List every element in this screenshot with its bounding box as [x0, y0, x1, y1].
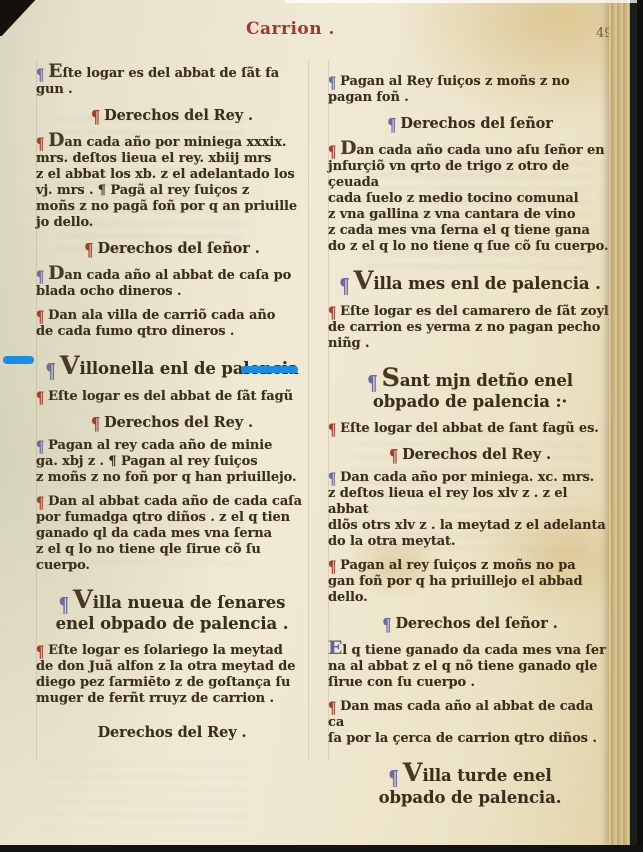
manuscript-paragraph: El q tiene ganado da cada mes vna ſerna … — [328, 639, 612, 691]
pilcrow-icon: ¶ — [36, 643, 44, 663]
line-text: obpado de palencia :· — [373, 392, 567, 411]
manuscript-paragraph: ¶Dan cada año por miniega. xc. mrs.z deſ… — [328, 470, 612, 550]
manuscript-line: ¶Dan mas cada año al abbat de cada ca — [328, 699, 612, 731]
manuscript-line: niñg . — [328, 336, 612, 352]
initial-letter: D — [48, 262, 64, 284]
manuscript-line: ¶Derechos del Rey . — [36, 108, 308, 124]
pilcrow-icon: ¶ — [84, 241, 93, 261]
manuscript-line: ¶Eſte logar es del camarero de ſãt zoyl — [328, 304, 612, 320]
manuscript-line: ſa por la çerca de carrion qtro diños . — [328, 731, 612, 747]
manuscript-line: blada ocho dineros . — [36, 284, 308, 300]
line-text: Derechos del Rey . — [104, 414, 253, 431]
scan-corner — [0, 0, 44, 36]
initial-letter: V — [403, 758, 423, 788]
manuscript-line: ¶Derechos del ſeñor — [328, 116, 612, 132]
manuscript-line: ¶Derechos del ſeñor . — [36, 241, 308, 257]
pilcrow-icon: ¶ — [36, 308, 44, 328]
pilcrow-icon: ¶ — [36, 135, 44, 155]
line-text: Eſte logar es ſolariego la meytad — [48, 643, 283, 658]
line-text: obpado de palencia. — [379, 788, 562, 807]
pilcrow-icon: ¶ — [328, 558, 336, 578]
initial-letter: S — [381, 363, 399, 393]
manuscript-line: do z el q lo no tiene q ſue cõ ſu cuerpo… — [328, 239, 612, 255]
manuscript-line: ¶Villa mes enl de palencia . — [328, 269, 612, 295]
pilcrow-icon: ¶ — [328, 74, 336, 94]
line-text: muger de ferñt rruyz de carrion . — [36, 691, 274, 706]
showthrough-text — [40, 761, 250, 832]
manuscript-line: Derechos del Rey . — [36, 725, 308, 741]
manuscript-paragraph: ¶Eſte logar es del camarero de ſãt zoyld… — [328, 304, 612, 352]
section-heading: ¶Derechos del ſeñor — [328, 116, 612, 132]
manuscript-line: de cada fumo qtro dineros . — [36, 324, 308, 340]
line-text: Pagan al rey cada año de minie — [48, 438, 272, 453]
line-text: illa nueua de ſenares — [93, 593, 286, 612]
manuscript-paragraph: ¶Eſte logar del abbat de ſant fagũ es. — [328, 421, 612, 437]
place-heading: ¶Villa mes enl de palencia . — [328, 269, 612, 295]
manuscript-line: gun . — [36, 82, 308, 98]
line-text: Derechos del Rey . — [104, 107, 253, 124]
line-text: illa mes enl de palencia . — [373, 274, 600, 293]
line-text: de don Juã alfon z la otra meytad de — [36, 659, 295, 674]
pilcrow-icon: ¶ — [328, 470, 336, 490]
line-text: jnfurçiõ vn qrto de trigo z otro de çeua… — [328, 159, 569, 190]
manuscript-line: ¶Derechos del Rey . — [36, 415, 308, 431]
line-text: ant mjn detño enel — [400, 371, 573, 390]
line-text: ſa por la çerca de carrion qtro diños . — [328, 731, 597, 746]
pilcrow-icon: ¶ — [388, 765, 398, 791]
manuscript-line: ſirue con ſu cuerpo . — [328, 675, 612, 691]
line-text: Pagan al Rey ſuiços z moñs z no — [340, 74, 569, 89]
line-text: niñg . — [328, 336, 369, 351]
line-text: z vna gallina z vna cantara de vino — [328, 207, 575, 222]
manuscript-paragraph: ¶Dan ala villa de carriõ cada añode cada… — [36, 308, 308, 340]
manuscript-line: diego pez ſarmiēto z de goſtança ſu — [36, 675, 308, 691]
line-text: dlõs otrs xlv z . la meytad z el adelant… — [328, 518, 606, 533]
initial-letter: D — [48, 129, 64, 151]
line-text: do z el q lo no tiene q ſue cõ ſu cuerpo… — [328, 239, 608, 254]
manuscript-line: vj. mrs . ¶ Pagã al rey ſuiços z — [36, 183, 308, 199]
line-text: Eſte logar es del camarero de ſãt zoyl — [340, 304, 609, 319]
initial-letter: E — [48, 60, 62, 82]
manuscript-line: cada ſuelo z medio tocino comunal — [328, 191, 612, 207]
manuscript-paragraph: ¶Pagan al rey cada año de miniega. xbj z… — [36, 438, 308, 486]
line-text: na al abbat z el q nõ tiene ganado qle — [328, 659, 597, 674]
section-heading: ¶Derechos del Rey . — [328, 447, 612, 463]
manuscript-line: do la otra meytat. — [328, 534, 612, 550]
scan-bottom-edge — [0, 845, 643, 852]
manuscript-paragraph: ¶Pagan al Rey ſuiços z moñs z nopagan fo… — [328, 74, 612, 106]
line-text: Derechos del Rey . — [98, 724, 247, 741]
manuscript-paragraph: ¶Dan al abbat cada año de cada caſapor f… — [36, 494, 308, 574]
line-text: enel obpado de palencia . — [56, 614, 289, 633]
page-edge-shadow — [630, 0, 637, 845]
manuscript-line: ¶Dan cada año al abbat de caſa po — [36, 264, 308, 284]
line-text: diego pez ſarmiēto z de goſtança ſu — [36, 675, 290, 690]
manuscript-line: ¶Dan ala villa de carriõ cada año — [36, 308, 308, 324]
manuscript-paragraph: ¶Eſte logar es del abbat de ſãt fagũ — [36, 389, 308, 405]
line-text: Dan cada año por miniega. xc. mrs. — [340, 470, 594, 485]
manuscript-line: z cada mes vna ſerna el q tiene gana — [328, 223, 612, 239]
manuscript-line: gan foñ por q ha priuillejo el abbad del… — [328, 574, 612, 606]
manuscript-line: ¶Dan al abbat cada año de cada caſa — [36, 494, 308, 510]
manuscript-scan: { "page": { "header_title": "Carrion .",… — [0, 0, 643, 852]
section-heading: ¶Derechos del ſeñor . — [328, 616, 612, 632]
manuscript-paragraph: ¶Dan cada año al abbat de caſa poblada o… — [36, 264, 308, 300]
line-text: l q tiene ganado da cada mes vna ſer — [342, 643, 606, 658]
line-text: Derechos del Rey . — [402, 446, 551, 463]
initial-letter: V — [354, 266, 374, 296]
pilcrow-icon: ¶ — [328, 143, 336, 163]
pilcrow-icon: ¶ — [59, 592, 69, 618]
manuscript-line: jo dello. — [36, 215, 308, 231]
line-text: do la otra meytat. — [328, 534, 455, 549]
line-text: z el abbat los xb. z el adelantado los — [36, 167, 295, 182]
parchment-page: Carrion . 49 ¶Eſte logar es del abbat de… — [0, 0, 637, 845]
manuscript-line: de don Juã alfon z la otra meytad de — [36, 659, 308, 675]
place-heading: ¶Villa turde enelobpado de palencia. — [328, 761, 612, 808]
manuscript-line: muger de ferñt rruyz de carrion . — [36, 691, 308, 707]
pilcrow-icon: ¶ — [45, 358, 55, 384]
line-text: an cada año al abbat de caſa po — [64, 268, 291, 283]
line-text: jo dello. — [36, 215, 93, 230]
manuscript-paragraph: ¶Eſte logar es del abbat de ſãt fagun . — [36, 62, 308, 98]
line-text: por fumadga qtro diños . z el q tien — [36, 510, 290, 525]
place-heading: ¶Sant mjn detño enelobpado de palencia :… — [328, 366, 612, 413]
page-title: Carrion . — [246, 19, 335, 39]
manuscript-line: ¶Pagan al rey ſuiços z moñs no pa — [328, 558, 612, 574]
line-text: Eſte logar del abbat de ſant fagũ es. — [340, 421, 599, 436]
pilcrow-icon: ¶ — [36, 268, 44, 288]
manuscript-line: z vna gallina z vna cantara de vino — [328, 207, 612, 223]
pilcrow-icon: ¶ — [389, 447, 398, 467]
manuscript-line: ¶Pagan al Rey ſuiços z moñs z no — [328, 74, 612, 90]
line-text: z el q lo no tiene qle ſirue cõ ſu cuerp… — [36, 542, 261, 573]
manuscript-line: de carrion es yerma z no pagan pecho — [328, 320, 612, 336]
line-text: moñs z no pagã foñ por q an priuille — [36, 199, 297, 214]
line-text: Eſte logar es del abbat de ſãt fagũ — [48, 389, 293, 404]
manuscript-line: ¶Eſte logar es del abbat de ſãt fa — [36, 62, 308, 82]
manuscript-line: por fumadga qtro diños . z el q tien — [36, 510, 308, 526]
line-text: Derechos del ſeñor . — [97, 240, 259, 257]
line-text: mrs. deſtos lieua el rey. xbiij mrs — [36, 151, 271, 166]
pilcrow-icon: ¶ — [36, 438, 44, 458]
line-text: pagan foñ . — [328, 90, 409, 105]
line-text: de carrion es yerma z no pagan pecho — [328, 320, 600, 335]
line-text: ganado ql da cada mes vna ſerna — [36, 526, 272, 541]
section-heading: ¶Derechos del Rey . — [36, 108, 308, 124]
line-text: Dan mas cada año al abbat de cada ca — [328, 699, 593, 730]
line-text: ſirue con ſu cuerpo . — [328, 675, 475, 690]
line-text: cada ſuelo z medio tocino comunal — [328, 191, 578, 206]
pilcrow-icon: ¶ — [387, 116, 396, 136]
line-text: gan foñ por q ha priuillejo el abbad del… — [328, 574, 582, 605]
manuscript-line: z el q lo no tiene qle ſirue cõ ſu cuerp… — [36, 542, 308, 574]
pilcrow-icon: ¶ — [339, 273, 349, 299]
manuscript-line: dlõs otrs xlv z . la meytad z el adelant… — [328, 518, 612, 534]
manuscript-line: ¶Villa turde enel — [328, 761, 612, 787]
manuscript-line: ¶Dan cada año por miniega xxxix. — [36, 131, 308, 151]
section-heading: ¶Derechos del Rey . — [36, 415, 308, 431]
pilcrow-icon: ¶ — [36, 389, 44, 409]
line-text: Derechos del ſeñor . — [395, 615, 557, 632]
page-stack-edge — [609, 0, 631, 845]
scan-top-edge — [285, 0, 637, 3]
line-text: Pagan al rey ſuiços z moñs no pa — [340, 558, 575, 573]
initial-letter: V — [60, 351, 80, 381]
manuscript-line: z moñs z no foñ por q han priuillejo. — [36, 470, 308, 486]
line-text: illa turde enel — [423, 766, 552, 785]
pilcrow-icon: ¶ — [382, 616, 391, 636]
manuscript-line: moñs z no pagã foñ por q an priuille — [36, 199, 308, 215]
pilcrow-icon: ¶ — [36, 494, 44, 514]
manuscript-line: obpado de palencia. — [328, 787, 612, 808]
pilcrow-icon: ¶ — [328, 304, 336, 324]
section-heading: ¶Derechos del ſeñor . — [36, 241, 308, 257]
ruling-line — [308, 60, 309, 760]
line-text: z cada mes vna ſerna el q tiene gana — [328, 223, 590, 238]
line-text: de cada fumo qtro dineros . — [36, 324, 234, 339]
pilcrow-icon: ¶ — [91, 415, 100, 435]
highlight-marker-left — [3, 356, 34, 364]
manuscript-line: na al abbat z el q nõ tiene ganado qle — [328, 659, 612, 675]
manuscript-line: ¶Eſte logar del abbat de ſant fagũ es. — [328, 421, 612, 437]
manuscript-line: ¶Pagan al rey cada año de minie — [36, 438, 308, 454]
manuscript-paragraph: ¶Dan cada año por miniega xxxix.mrs. deſ… — [36, 131, 308, 231]
manuscript-line: pagan foñ . — [328, 90, 612, 106]
section-heading: Derechos del Rey . — [36, 725, 308, 741]
text-column-left: ¶Eſte logar es del abbat de ſãt fagun .¶… — [36, 62, 308, 749]
line-text: blada ocho dineros . — [36, 284, 181, 299]
line-text: vj. mrs . ¶ Pagã al rey ſuiços z — [36, 183, 249, 198]
line-text: an cada año cada uno aſu ſeñor en — [356, 143, 604, 158]
manuscript-paragraph: ¶Dan mas cada año al abbat de cada caſa … — [328, 699, 612, 747]
pilcrow-icon: ¶ — [328, 421, 336, 441]
line-text: Dan ala villa de carriõ cada año — [48, 308, 275, 323]
manuscript-line: enel obpado de palencia . — [36, 613, 308, 634]
manuscript-line: ga. xbj z . ¶ Pagan al rey ſuiços — [36, 454, 308, 470]
highlight-marker-right — [241, 366, 298, 373]
line-text: z deſtos lieua el rey los xlv z . z el a… — [328, 486, 567, 517]
manuscript-line: ¶Derechos del ſeñor . — [328, 616, 612, 632]
pilcrow-icon: ¶ — [328, 699, 336, 719]
place-heading: ¶Villa nueua de ſenaresenel obpado de pa… — [36, 588, 308, 635]
initial-letter: V — [73, 585, 93, 615]
line-text: ga. xbj z . ¶ Pagan al rey ſuiços — [36, 454, 257, 469]
manuscript-line: ¶Dan cada año cada uno aſu ſeñor en — [328, 139, 612, 159]
pilcrow-icon: ¶ — [367, 370, 377, 396]
line-text: z moñs z no foñ por q han priuillejo. — [36, 470, 296, 485]
manuscript-line: ¶Villa nueua de ſenares — [36, 588, 308, 614]
initial-letter: D — [340, 137, 356, 159]
manuscript-line: ¶Sant mjn detño enel — [328, 366, 612, 392]
manuscript-line: ganado ql da cada mes vna ſerna — [36, 526, 308, 542]
line-text: Derechos del ſeñor — [400, 115, 552, 132]
pilcrow-icon: ¶ — [91, 108, 100, 128]
line-text: ſte logar es del abbat de ſãt fa — [62, 66, 279, 81]
manuscript-paragraph: ¶Pagan al rey ſuiços z moñs no pagan foñ… — [328, 558, 612, 606]
initial-letter: E — [328, 637, 342, 659]
manuscript-line: z deſtos lieua el rey los xlv z . z el a… — [328, 486, 612, 518]
manuscript-paragraph: ¶Dan cada año cada uno aſu ſeñor enjnfur… — [328, 139, 612, 255]
text-column-right: ¶Pagan al Rey ſuiços z moñs z nopagan fo… — [328, 74, 612, 817]
manuscript-line: jnfurçiõ vn qrto de trigo z otro de çeua… — [328, 159, 612, 191]
manuscript-line: z el abbat los xb. z el adelantado los — [36, 167, 308, 183]
pilcrow-icon: ¶ — [36, 66, 44, 86]
manuscript-line: El q tiene ganado da cada mes vna ſer — [328, 639, 612, 659]
manuscript-line: ¶Eſte logar es del abbat de ſãt fagũ — [36, 389, 308, 405]
line-text: an cada año por miniega xxxix. — [64, 135, 286, 150]
manuscript-paragraph: ¶Eſte logar es ſolariego la meytadde don… — [36, 643, 308, 707]
manuscript-line: ¶Eſte logar es ſolariego la meytad — [36, 643, 308, 659]
manuscript-line: ¶Derechos del Rey . — [328, 447, 612, 463]
manuscript-line: ¶Dan cada año por miniega. xc. mrs. — [328, 470, 612, 486]
manuscript-line: mrs. deſtos lieua el rey. xbiij mrs — [36, 151, 308, 167]
line-text: Dan al abbat cada año de cada caſa — [48, 494, 302, 509]
